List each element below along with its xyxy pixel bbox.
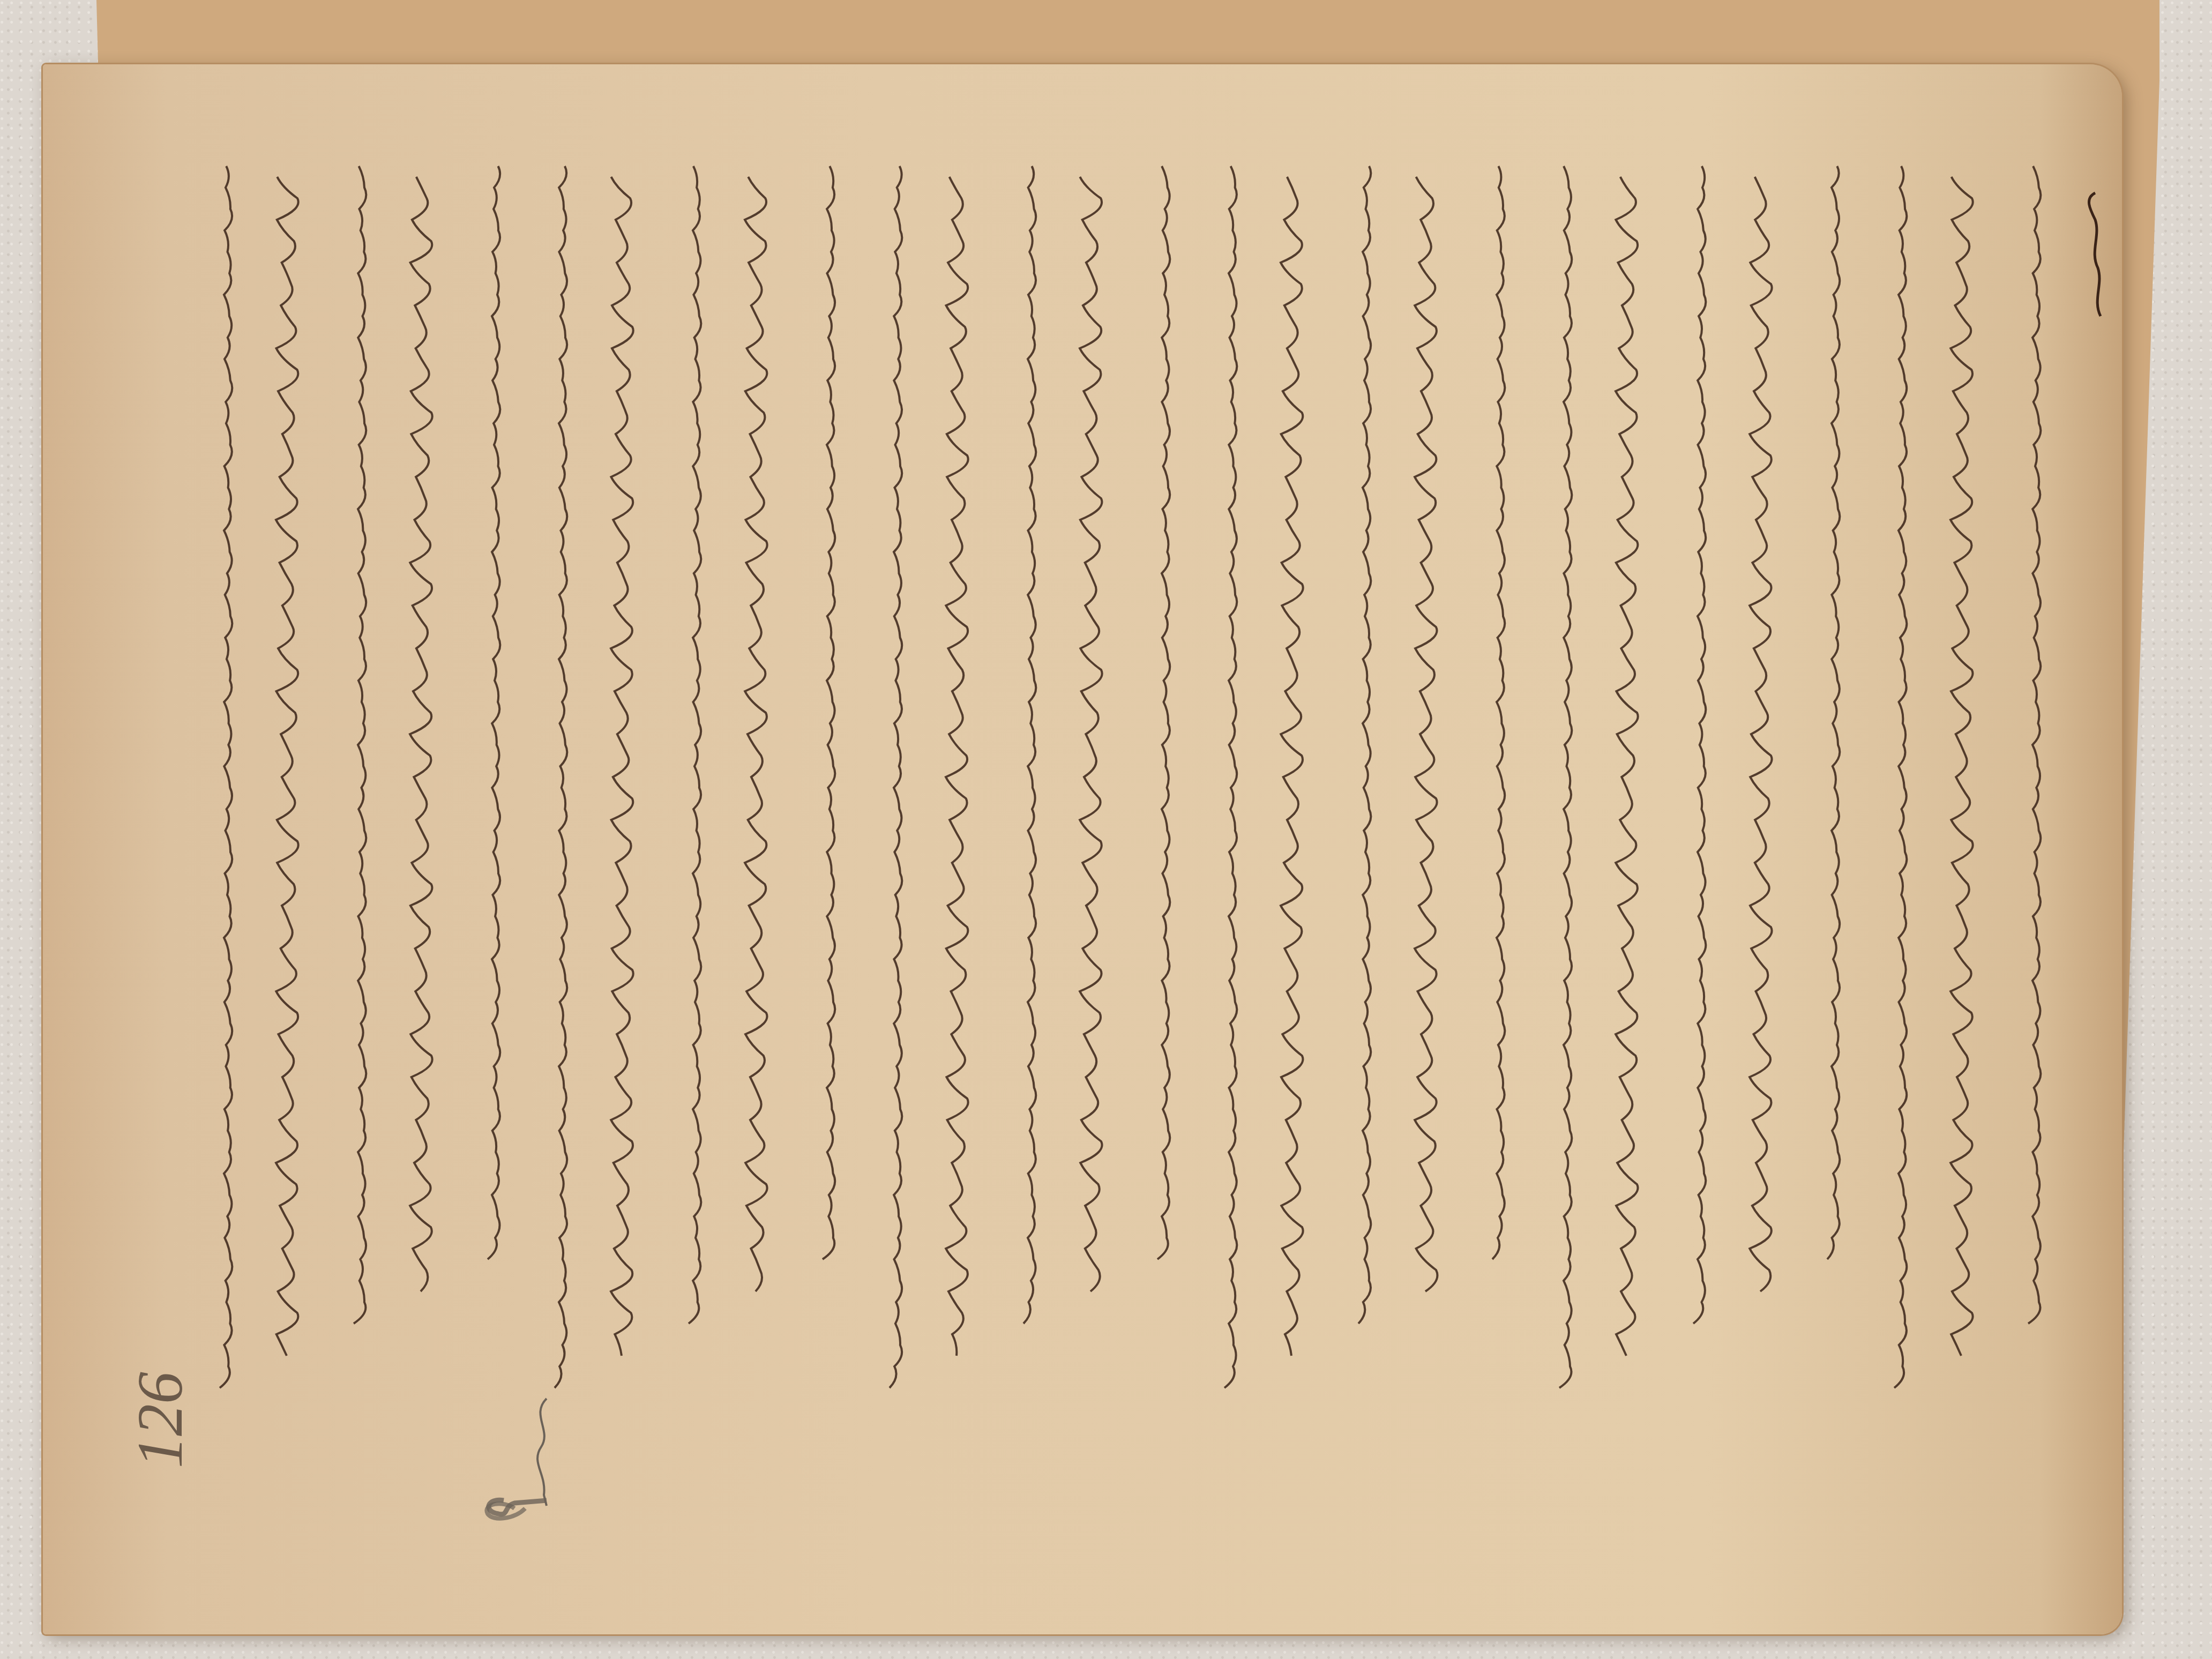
handwritten-line xyxy=(472,155,504,1468)
handwritten-line xyxy=(873,155,906,1468)
page-number: 126 xyxy=(123,1372,197,1468)
handwritten-line xyxy=(405,155,437,1468)
handwritten-line xyxy=(271,155,303,1468)
handwritten-line xyxy=(1208,155,1240,1468)
handwritten-line xyxy=(940,155,973,1468)
handwritten-line xyxy=(1744,155,1776,1468)
handwritten-line xyxy=(1677,155,1709,1468)
handwritten-line xyxy=(204,155,236,1468)
handwritten-line xyxy=(606,155,638,1468)
handwritten-line xyxy=(1878,155,1910,1468)
catchword xyxy=(2079,188,2117,327)
handwritten-line xyxy=(672,155,705,1468)
handwritten-line xyxy=(739,155,772,1468)
handwritten-text-block xyxy=(204,155,2079,1549)
handwritten-line xyxy=(1610,155,1642,1468)
handwritten-line xyxy=(1141,155,1174,1468)
handwritten-line xyxy=(1543,155,1575,1468)
handwritten-line xyxy=(1007,155,1040,1468)
manuscript-page: 126 xyxy=(43,64,2122,1634)
handwritten-line xyxy=(1476,155,1508,1468)
handwritten-line xyxy=(1342,155,1374,1468)
handwritten-line xyxy=(806,155,839,1468)
handwritten-line xyxy=(1811,155,1843,1468)
handwritten-line xyxy=(338,155,370,1468)
handwritten-line xyxy=(1275,155,1307,1468)
handwritten-line xyxy=(539,155,571,1468)
handwritten-line xyxy=(2012,155,2044,1468)
handwritten-line xyxy=(1945,155,1977,1468)
handwritten-line xyxy=(1074,155,1107,1468)
handwritten-line xyxy=(1409,155,1441,1468)
